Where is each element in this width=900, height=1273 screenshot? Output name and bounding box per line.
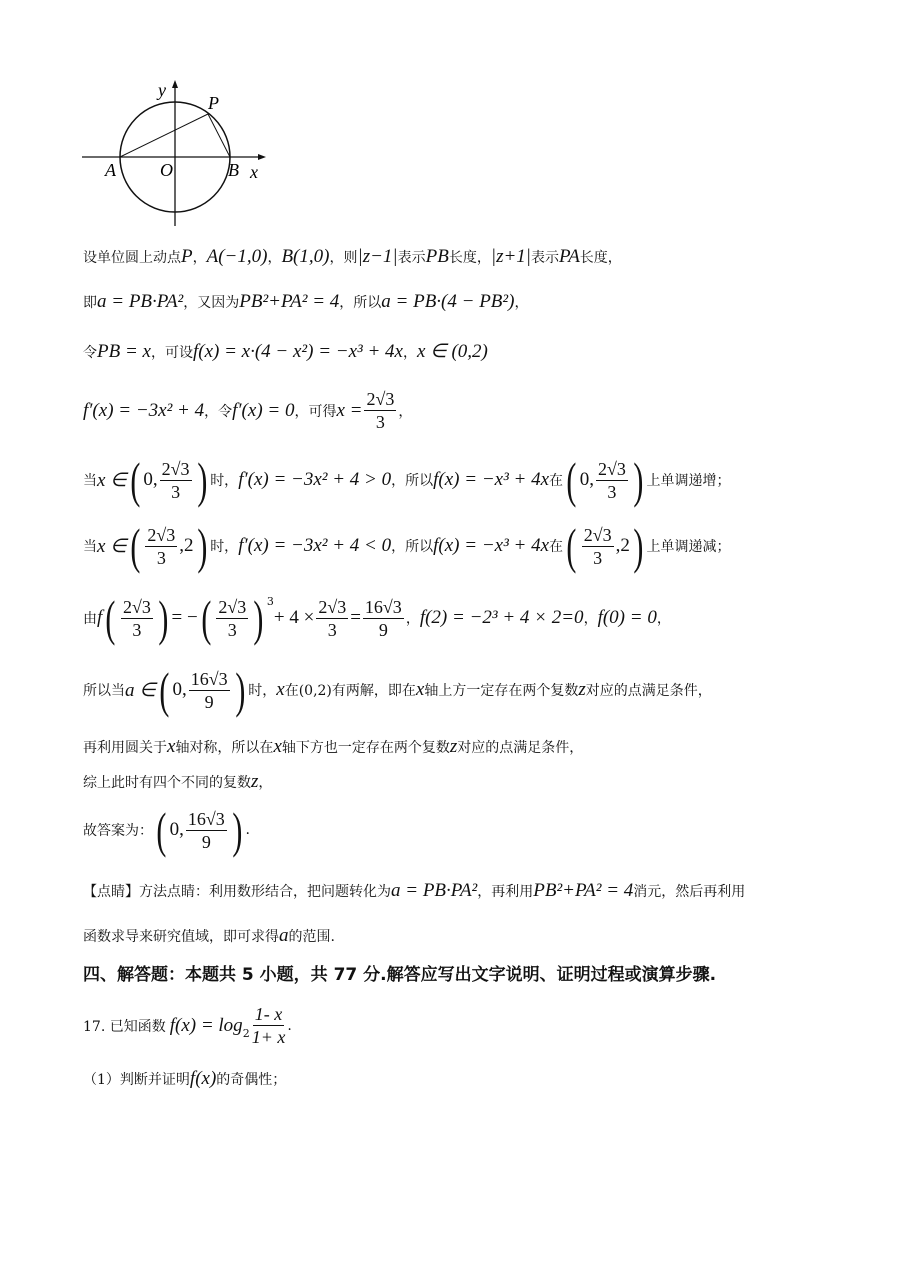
solution-line-1: 设单位圆上动点 P ， A(−1,0) ， B(1,0) ，则 |z−1| 表示… [83,246,622,268]
math: z [578,679,585,701]
text: ， [514,292,528,312]
paren-close: ) [633,521,643,571]
numerator: 2√3 [216,596,248,619]
text: 17. 已知函数 [83,1016,166,1036]
section-heading: 四、解答题：本题共 5 小题，共 77 分.解答应写出文字说明、证明过程或演算步… [83,960,716,985]
text: 长度， [449,247,491,267]
solution-line-6: 当 x ∈ ( 2√3 3 ,2 ) 时， f′(x) = −3x² + 4 <… [83,521,730,571]
math: |z+1| [491,246,531,268]
denominator: 9 [379,619,388,641]
text: 函数求导来研究值域，即可求得 [83,926,279,946]
text: 所以当 [83,680,125,700]
math: a [279,925,289,947]
text: ，令 [204,401,232,421]
math: 0, [143,469,157,491]
denominator: 3 [328,619,337,641]
math: x ∈ (0,2) [417,340,488,363]
text: ，再利用 [477,881,533,901]
math: PB²+PA² = 4 [533,880,633,902]
math: x ∈ [97,535,127,558]
math: f(x) = log [170,1015,243,1037]
denominator: 3 [593,547,602,569]
text: 令 [83,342,97,362]
numerator: 16√3 [363,596,404,619]
math: x [416,679,424,701]
text: ，则 [329,247,357,267]
fraction: 2√3 3 [216,596,248,641]
text: 的范围. [289,926,335,946]
paren-close: ) [633,455,643,505]
math: f′(x) = −3x² + 4 [83,400,204,422]
text: 当 [83,536,97,556]
text: （1）判断并证明 [83,1069,190,1089]
paren-close: ) [232,805,242,855]
denominator: 3 [228,619,237,641]
text: ， [403,342,417,362]
text: ，所以 [391,470,433,490]
math: 0, [172,679,186,701]
math: PB²+PA² = 4 [239,291,339,313]
text: 设单位圆上动点 [83,247,181,267]
math: f(x) [190,1068,216,1090]
text: 轴对称，所以在 [175,737,273,757]
fraction: 1- x 1+ x [252,1003,286,1048]
math: x [167,736,175,758]
text: ， [267,247,281,267]
math: + 4 × [274,607,314,629]
text: 长度， [580,247,622,267]
math: x [273,736,281,758]
math: 0, [170,819,184,841]
text: 消元，然后再利用 [633,881,745,901]
text: ， [193,247,207,267]
text: ，所以 [391,536,433,556]
fraction: 2√3 3 [364,388,396,433]
paren-open: ( [566,521,576,571]
math: f(0) = 0 [598,607,657,629]
math: ,2 [616,535,630,557]
math: PB = x [97,341,151,363]
numerator: 2√3 [316,596,348,619]
text: ， [657,608,671,628]
numerator: 16√3 [189,668,230,691]
math: = − [171,607,197,629]
numerator: 2√3 [145,524,177,547]
fraction: 2√3 3 [121,596,153,641]
text: 轴下方也一定存在两个复数 [282,737,450,757]
math: PB [426,246,449,268]
text: 在 [549,470,563,490]
numerator: 2√3 [596,458,628,481]
text: 综上此时有四个不同的复数 [83,772,251,792]
paren-open: ( [159,665,169,715]
origin-label: O [160,160,173,180]
math: f′(x) = 0 [232,400,294,422]
text: ，可设 [151,342,193,362]
math: = [350,607,361,629]
comment-line-1: 【点睛】方法点睛：利用数形结合，把问题转化为 a = PB·PA² ，再利用 P… [83,880,745,902]
math: P [181,246,193,268]
paren-open: ( [106,593,116,643]
math: a ∈ [125,679,156,702]
text: 轴上方一定存在两个复数 [424,680,578,700]
math: x [276,679,284,701]
fraction: 16√3 9 [186,808,227,853]
answer-line: 故答案为： ( 0, 16√3 9 ) . [83,805,250,855]
denominator: 3 [171,481,180,503]
text: 上单调递增； [646,470,730,490]
solution-line-7: 由 f ( 2√3 3 ) = − ( 2√3 3 ) 3 + 4 × 2√3 … [83,593,671,643]
solution-line-10: 综上此时有四个不同的复数 z ， [83,771,272,793]
paren-open: ( [130,521,140,571]
paren-open: ( [156,805,166,855]
text: ， [258,772,272,792]
math: f(2) = −2³ + 4 × 2=0 [420,607,584,629]
y-axis-label: y [156,80,166,100]
math: f(x) = −x³ + 4x [433,535,549,557]
subscript: 2 [243,1027,250,1040]
math: B(1,0) [281,246,329,268]
x-axis-label: x [249,162,258,182]
math: f(x) = x·(4 − x²) = −x³ + 4x [193,341,403,363]
unit-circle-figure: y P A O B x [78,76,278,236]
math: x ∈ [97,469,127,492]
paren-close: ) [235,665,245,715]
point-a-label: A [104,160,117,180]
text: 在(0,2)有两解，即在 [285,680,416,700]
text: 表示 [398,247,426,267]
exponent: 3 [267,595,274,608]
point-p-label: P [207,93,219,113]
solution-line-4: f′(x) = −3x² + 4 ，令 f′(x) = 0 ，可得 x = 2√… [83,388,412,433]
math: f′(x) = −3x² + 4 > 0 [238,469,391,491]
text: ， [584,608,598,628]
denominator: 3 [157,547,166,569]
text: 时， [210,470,238,490]
math: a = PB·PA² [97,291,183,313]
math: z [450,736,457,758]
denominator: 3 [607,481,616,503]
numerator: 2√3 [121,596,153,619]
paren-open: ( [566,455,576,505]
text: 的奇偶性； [216,1069,286,1089]
text: 上单调递减； [646,536,730,556]
math: f [97,607,102,629]
text: 对应的点满足条件， [457,737,583,757]
point-b-label: B [228,160,239,180]
denominator: 9 [202,831,211,853]
paren-close: ) [254,593,264,643]
text: 【点睛】方法点睛：利用数形结合，把问题转化为 [83,881,391,901]
text: ，可得 [294,401,336,421]
denominator: 9 [205,691,214,713]
denominator: 3 [132,619,141,641]
paren-close: ) [197,455,207,505]
text: ， [406,608,420,628]
text: 在 [549,536,563,556]
fraction: 2√3 3 [145,524,177,569]
paren-close: ) [158,593,168,643]
paren-open: ( [201,593,211,643]
solution-line-9: 再利用圆关于 x 轴对称，所以在 x 轴下方也一定存在两个复数 z 对应的点满足… [83,736,583,758]
math: a = PB·(4 − PB²) [381,291,514,313]
fraction: 2√3 3 [582,524,614,569]
text: ， [398,401,412,421]
text: 对应的点满足条件， [586,680,712,700]
fraction: 2√3 3 [316,596,348,641]
math: a = PB·PA² [391,880,477,902]
text: 当 [83,470,97,490]
text: . [287,1018,291,1034]
text: 时， [248,680,276,700]
solution-line-8: 所以当 a ∈ ( 0, 16√3 9 ) 时， x 在(0,2)有两解，即在 … [83,665,712,715]
math: x = [336,400,362,422]
solution-line-2: 即 a = PB·PA² ，又因为 PB²+PA² = 4 ，所以 a = PB… [83,291,528,313]
paren-open: ( [130,455,140,505]
question-17-part-1: （1）判断并证明 f(x) 的奇偶性； [83,1068,286,1090]
text: . [245,822,249,838]
math: f(x) = −x³ + 4x [433,469,549,491]
text: 再利用圆关于 [83,737,167,757]
text: 由 [83,608,97,628]
fraction: 16√3 9 [189,668,230,713]
fraction: 16√3 9 [363,596,404,641]
numerator: 2√3 [160,458,192,481]
denominator: 1+ x [252,1026,286,1048]
text: 时， [210,536,238,556]
text: ，所以 [339,292,381,312]
math: 0, [580,469,594,491]
math: ,2 [179,535,193,557]
text: ，又因为 [183,292,239,312]
paren-close: ) [197,521,207,571]
math: A(−1,0) [207,246,268,268]
numerator: 16√3 [186,808,227,831]
text: 故答案为： [83,820,153,840]
math: |z−1| [357,246,397,268]
solution-line-3: 令 PB = x ，可设 f(x) = x·(4 − x²) = −x³ + 4… [83,340,488,363]
numerator: 1- x [253,1003,284,1026]
math: f′(x) = −3x² + 4 < 0 [238,535,391,557]
numerator: 2√3 [364,388,396,411]
math: PA [559,246,580,268]
denominator: 3 [376,411,385,433]
question-17: 17. 已知函数 f(x) = log 2 1- x 1+ x . [83,1003,292,1048]
math: z [251,771,258,793]
solution-line-5: 当 x ∈ ( 0, 2√3 3 ) 时， f′(x) = −3x² + 4 >… [83,455,730,505]
comment-line-2: 函数求导来研究值域，即可求得 a 的范围. [83,925,335,947]
numerator: 2√3 [582,524,614,547]
fraction: 2√3 3 [160,458,192,503]
text: 即 [83,292,97,312]
fraction: 2√3 3 [596,458,628,503]
text: 表示 [531,247,559,267]
